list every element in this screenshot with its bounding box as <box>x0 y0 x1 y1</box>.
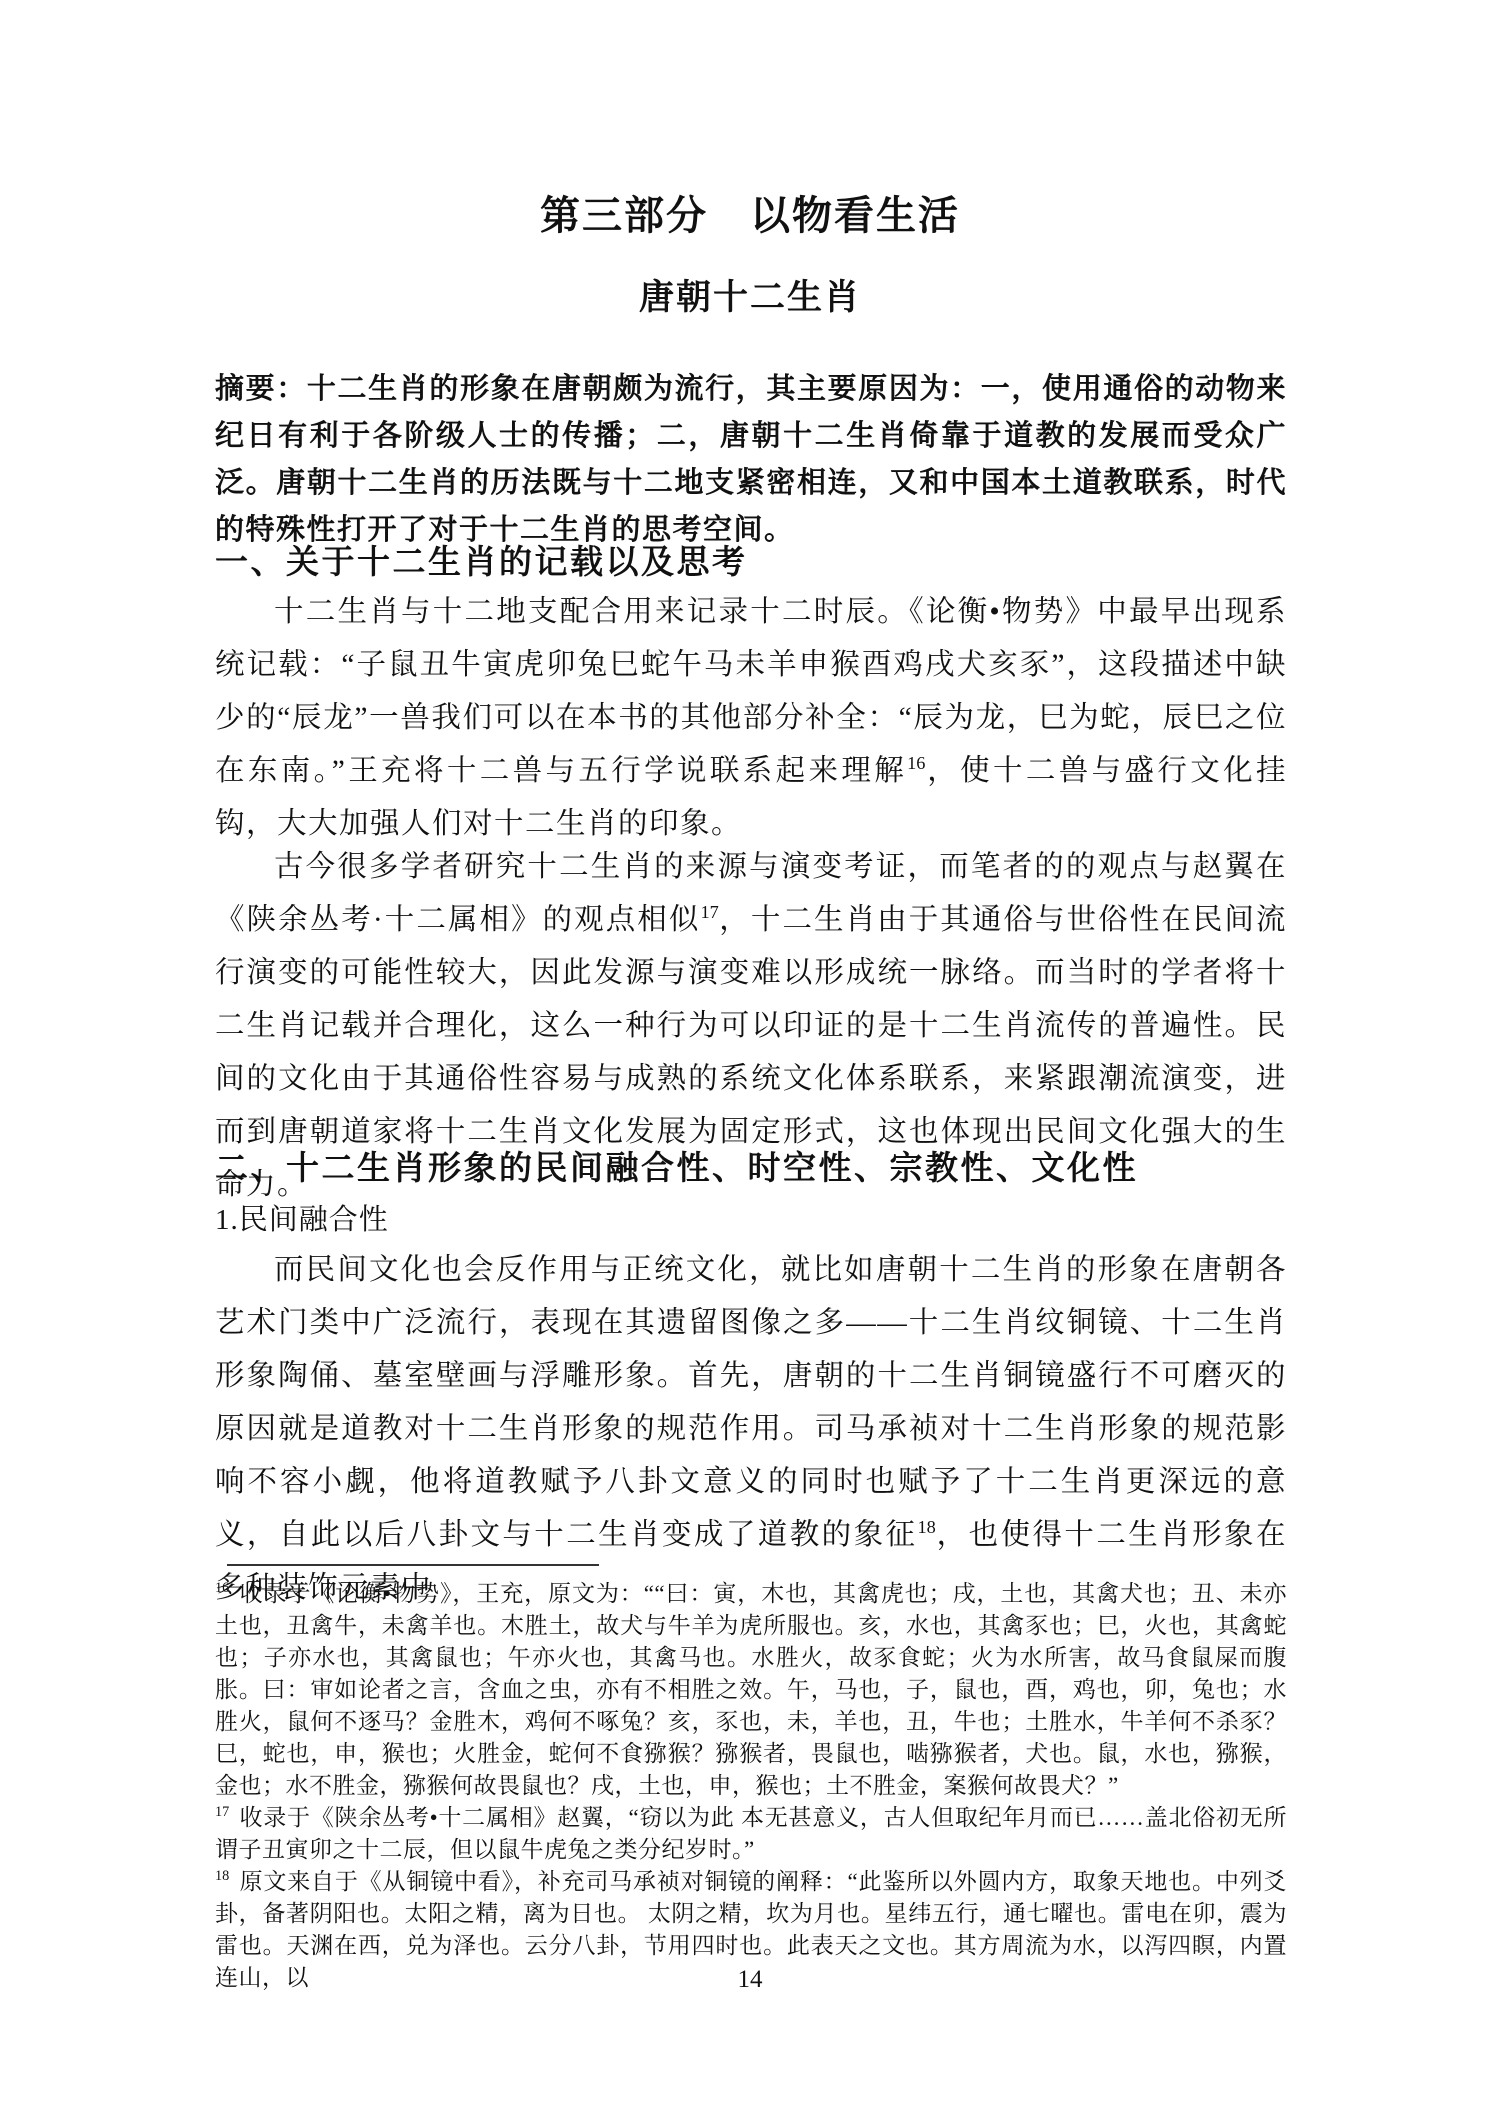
footnote-ref-17: 17 <box>700 902 718 922</box>
paragraph-3: 而民间文化也会反作用与正统文化，就比如唐朝十二生肖的形象在唐朝各艺术门类中广泛流… <box>215 1244 1287 1615</box>
footnote-17-number: 17 <box>215 1804 229 1820</box>
document-subtitle: 唐朝十二生肖 <box>0 270 1500 320</box>
footnote-16: 16收录于《论衡•物势》，王充，原文为：““曰：寅，木也，其禽虎也；戌，土也，其… <box>215 1578 1287 1802</box>
footnote-16-number: 16 <box>215 1580 229 1596</box>
footnote-separator-line <box>227 1564 599 1566</box>
section-heading-1: 一、关于十二生肖的记载以及思考 <box>215 536 748 583</box>
document-page: 第三部分 以物看生活 唐朝十二生肖 摘要：十二生肖的形象在唐朝颇为流行，其主要原… <box>0 0 1500 2122</box>
document-title: 第三部分 以物看生活 <box>0 184 1500 241</box>
footnote-ref-16: 16 <box>907 753 925 773</box>
footnote-18-number: 18 <box>215 1868 229 1884</box>
paragraph-3-text: 而民间文化也会反作用与正统文化，就比如唐朝十二生肖的形象在唐朝各艺术门类中广泛流… <box>215 1254 1287 1551</box>
footnotes-block: 16收录于《论衡•物势》，王充，原文为：““曰：寅，木也，其禽虎也；戌，土也，其… <box>215 1578 1287 1994</box>
abstract-paragraph: 摘要：十二生肖的形象在唐朝颇为流行，其主要原因为：一，使用通俗的动物来纪日有利于… <box>215 366 1287 554</box>
footnote-16-text: 收录于《论衡•物势》，王充，原文为：““曰：寅，木也，其禽虎也；戌，土也，其禽犬… <box>215 1581 1287 1798</box>
footnote-17: 17收录于《陕余丛考•十二属相》赵翼，“窃以为此 本无甚意义，古人但取纪年月而已… <box>215 1802 1287 1866</box>
subsection-heading-1: 1.民间融合性 <box>215 1197 389 1238</box>
paragraph-1: 十二生肖与十二地支配合用来记录十二时辰。《论衡•物势》中最早出现系统记载：“子鼠… <box>215 586 1287 851</box>
footnote-ref-18: 18 <box>917 1517 935 1537</box>
footnote-17-text: 收录于《陕余丛考•十二属相》赵翼，“窃以为此 本无甚意义，古人但取纪年月而已……… <box>215 1805 1287 1862</box>
page-number: 14 <box>0 1966 1500 1994</box>
section-heading-2: 二、十二生肖形象的民间融合性、时空性、宗教性、文化性 <box>215 1142 1138 1189</box>
